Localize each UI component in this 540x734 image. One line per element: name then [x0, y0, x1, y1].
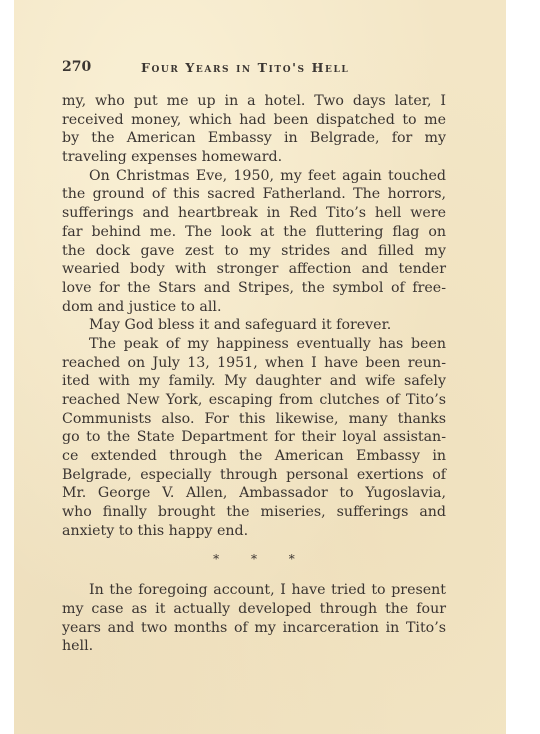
- paragraph: On Christmas Eve, 1950, my feet again to…: [62, 167, 446, 317]
- text-line: On Christmas Eve, 1950, my feet again to…: [62, 167, 446, 186]
- text-line: Belgrade, especially through personal ex…: [62, 466, 446, 485]
- text-line: by the American Embassy in Belgrade, for…: [62, 129, 446, 148]
- paragraphs: my, who put me up in a hotel. Two days l…: [62, 92, 446, 541]
- paragraph: The peak of my happiness eventually has …: [62, 335, 446, 541]
- text-line: The peak of my happiness eventually has …: [62, 335, 446, 354]
- paragraph: May God bless it and safeguard it foreve…: [62, 316, 446, 335]
- closing-paragraph: In the foregoing account, I have tried t…: [62, 581, 446, 656]
- text-line: dom and justice to all.: [62, 298, 446, 317]
- book-page: 270 Four Years in Tito's Hell my, who pu…: [14, 0, 506, 734]
- paragraph: In the foregoing account, I have tried t…: [62, 581, 446, 656]
- paragraph: my, who put me up in a hotel. Two days l…: [62, 92, 446, 167]
- text-line: hell.: [62, 637, 446, 656]
- text-line: go to the State Department for their loy…: [62, 428, 446, 447]
- text-line: reached on July 13, 1951, when I have be…: [62, 354, 446, 373]
- text-line: far behind me. The look at the flutterin…: [62, 223, 446, 242]
- text-line: In the foregoing account, I have tried t…: [62, 581, 446, 600]
- text-line: who finally brought the miseries, suffer…: [62, 503, 446, 522]
- text-line: Mr. George V. Allen, Ambassador to Yugos…: [62, 484, 446, 503]
- text-line: received money, which had been dispatche…: [62, 111, 446, 130]
- text-line: wearied body with stronger affection and…: [62, 260, 446, 279]
- text-line: the dock gave zest to my strides and fil…: [62, 242, 446, 261]
- page-number: 270: [62, 59, 91, 75]
- text-line: the ground of this sacred Fatherland. Th…: [62, 185, 446, 204]
- text-line: love for the Stars and Stripes, the symb…: [62, 279, 446, 298]
- text-line: anxiety to this happy end.: [62, 522, 446, 541]
- text-line: Communists also. For this likewise, many…: [62, 410, 446, 429]
- text-line: my case as it actually developed through…: [62, 600, 446, 619]
- text-line: reached New York, escaping from clutches…: [62, 391, 446, 410]
- text-line: traveling expenses homeward.: [62, 148, 446, 167]
- text-line: sufferings and heartbreak in Red Tito’s …: [62, 204, 446, 223]
- running-head: 270 Four Years in Tito's Hell: [62, 59, 430, 81]
- text-line: ce extended through the American Embassy…: [62, 447, 446, 466]
- text-line: years and two months of my incarceration…: [62, 619, 446, 638]
- body-text: my, who put me up in a hotel. Two days l…: [62, 92, 446, 656]
- section-break-ornament: * * *: [62, 550, 446, 569]
- text-line: my, who put me up in a hotel. Two days l…: [62, 92, 446, 111]
- text-line: ited with my family. My daughter and wif…: [62, 372, 446, 391]
- text-line: May God bless it and safeguard it foreve…: [62, 316, 446, 335]
- book-title: Four Years in Tito's Hell: [141, 60, 349, 75]
